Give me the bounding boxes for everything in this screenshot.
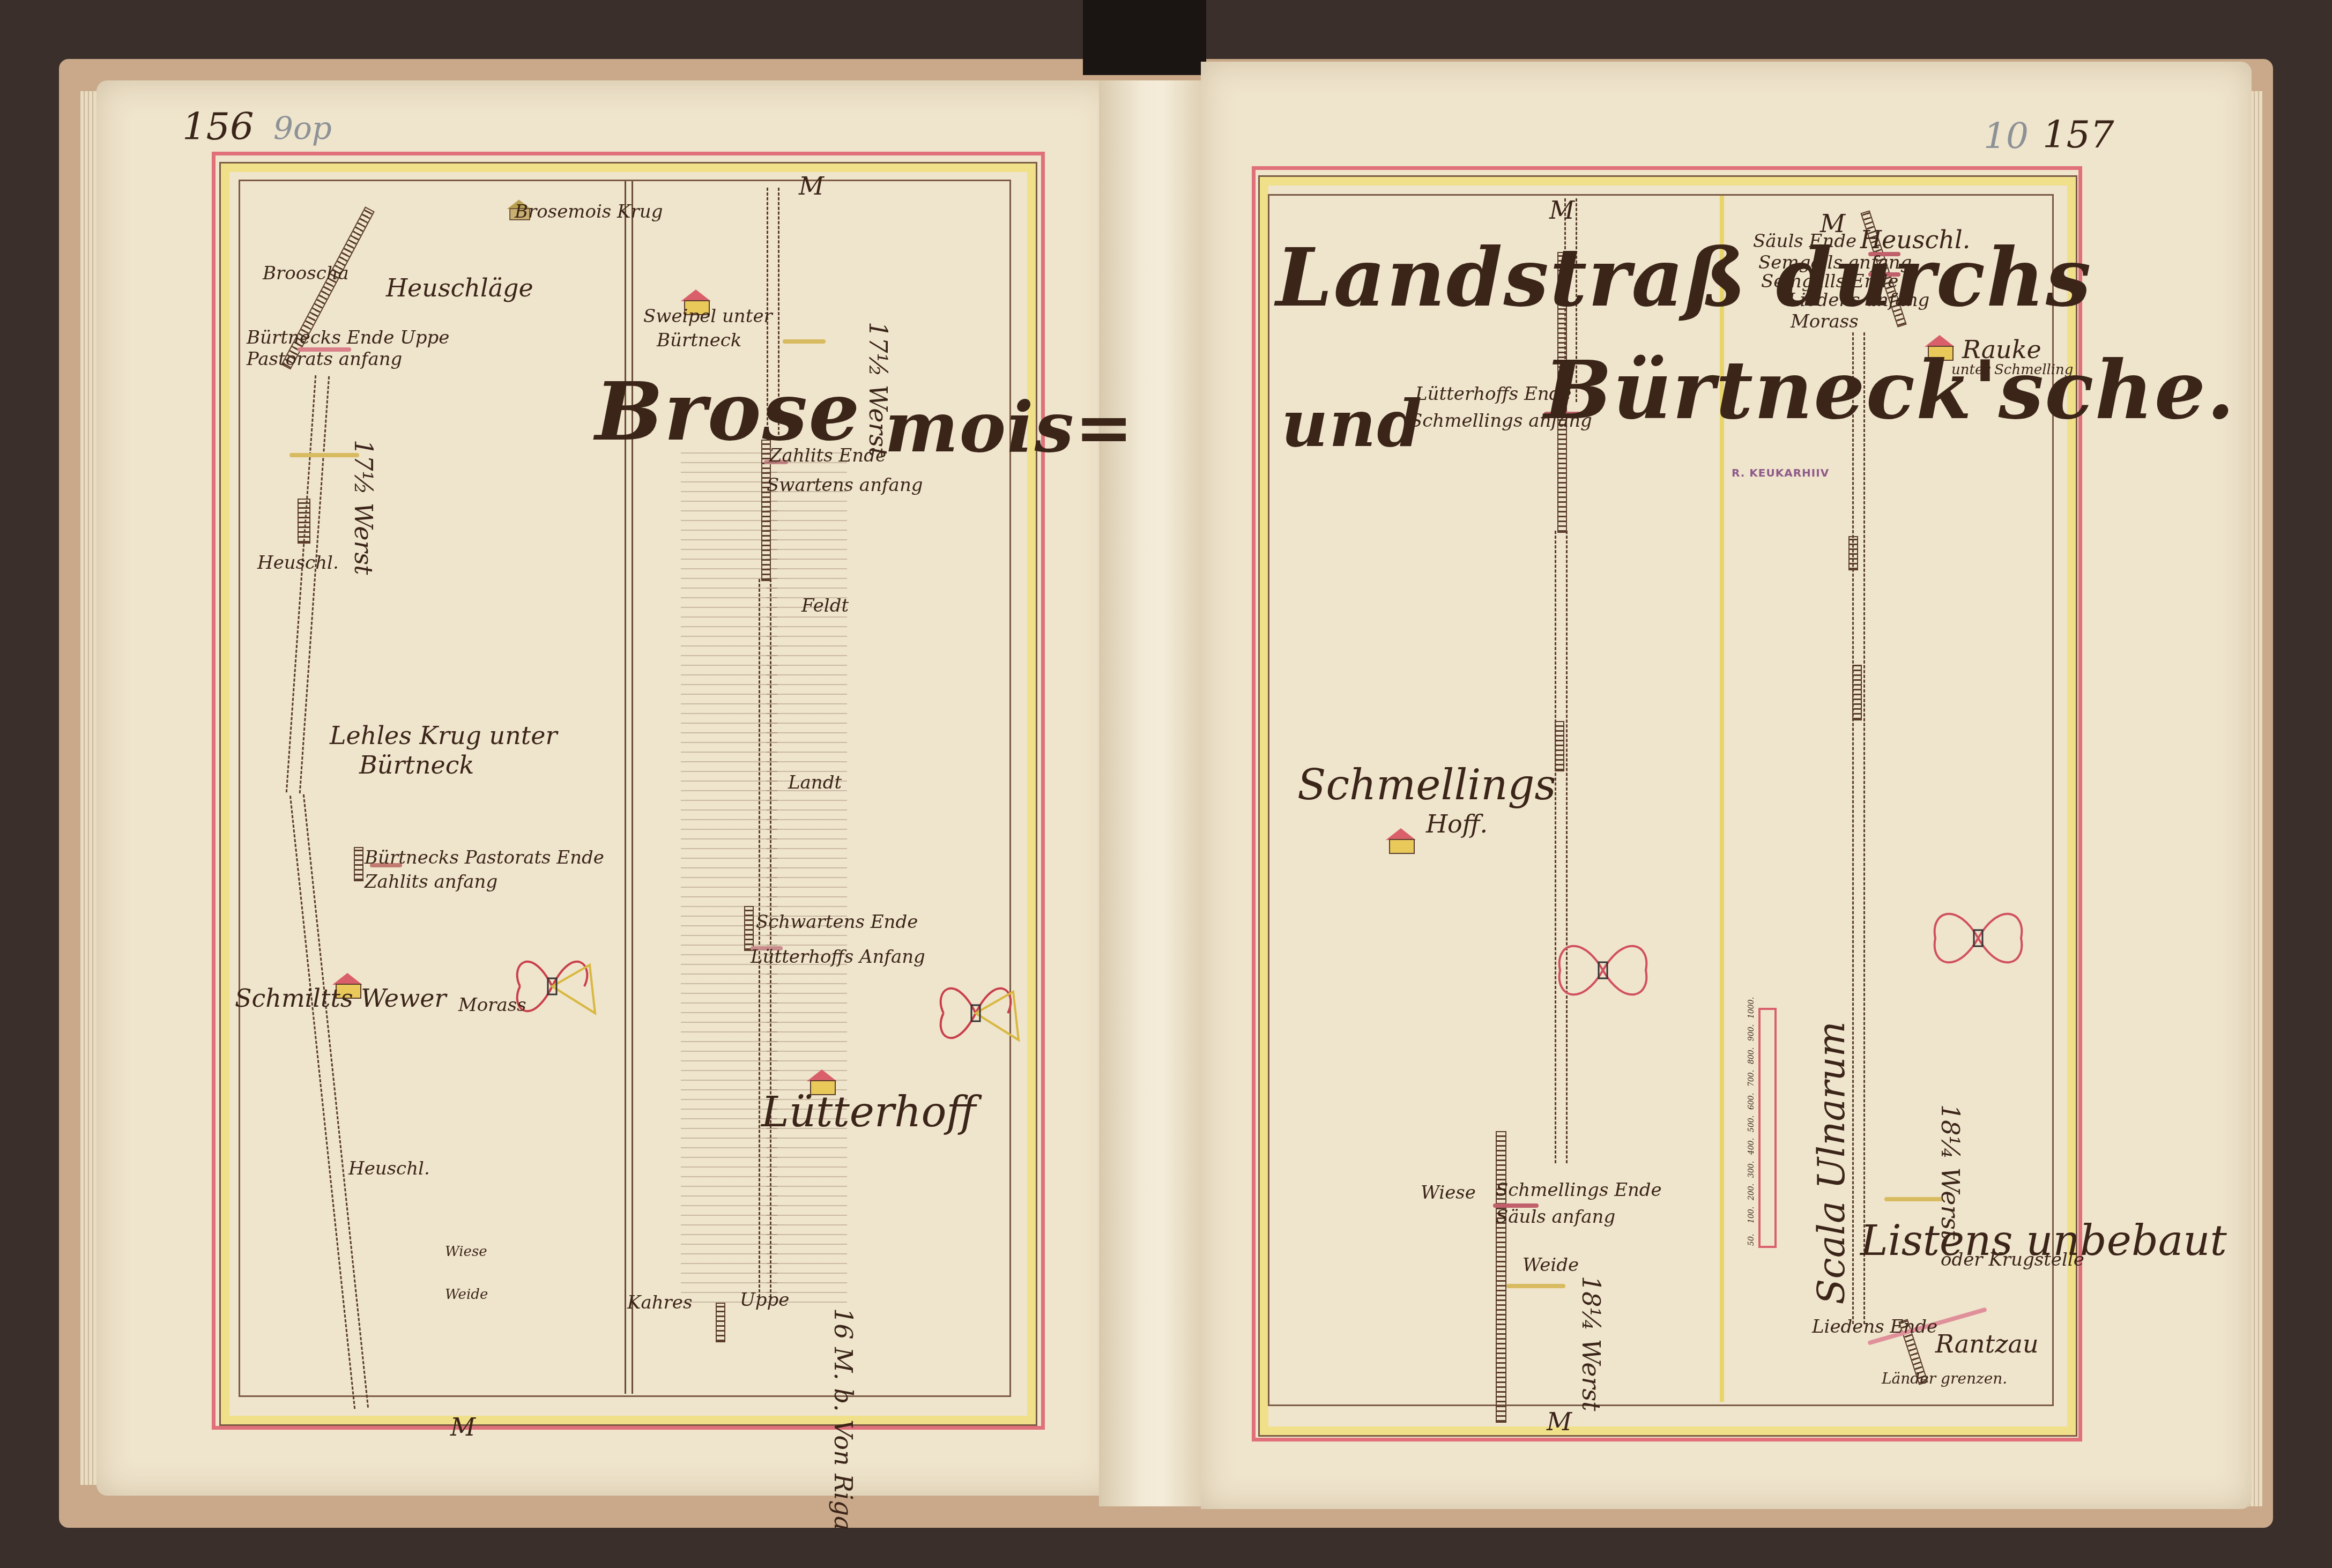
map-label: Semgalls anfang (1758, 252, 1912, 273)
map-title-part-2: mois= (885, 386, 1134, 468)
map-label: Kahres (627, 1292, 692, 1313)
distance-label: 16 M. b. Von Riga (829, 1308, 858, 1530)
map-label: Heuschl. (348, 1158, 430, 1179)
compass-rose-icon (499, 933, 606, 1040)
map-label: Bürtneck (657, 330, 741, 351)
distance-label: 17½ Werst (349, 440, 378, 575)
place-name: Schmellings (1297, 761, 1556, 809)
map-label: Heuschl. (1860, 225, 1970, 254)
map-title-part-1: Brose (595, 365, 861, 459)
map-label: Schmellings anfang (1410, 410, 1592, 432)
map-label: Brooscha (263, 263, 349, 284)
boundary-marker (1506, 1284, 1565, 1288)
map-label: Schwartens Ende (756, 911, 918, 933)
scale-tick: 900. (1747, 1028, 1756, 1041)
map-label: Zahlits anfang (365, 871, 497, 893)
compass-rose-icon (922, 960, 1029, 1067)
scale-bar (1758, 1008, 1777, 1248)
page-number-right: 157 (2043, 113, 2114, 157)
road-dashed (1852, 332, 1865, 1324)
compass-rose-icon (1919, 890, 2037, 986)
column-divider-left-2 (632, 181, 633, 1394)
map-label: Wiese (445, 1244, 487, 1260)
map-label: Landt (788, 772, 842, 793)
book-gutter (1099, 80, 1206, 1506)
map-label: Heuschläge (386, 273, 533, 302)
map-label: Lütterhoffs Anfang (751, 946, 925, 968)
road-bridge (1555, 721, 1564, 771)
map-label: Liedens Ende (1812, 1316, 1937, 1337)
map-edge-mark: M (799, 172, 824, 200)
scale-tick: 600. (1747, 1097, 1756, 1110)
place-name: Lütterhoff (761, 1088, 976, 1136)
spine-shadow (1083, 0, 1206, 75)
scale-tick: 700. (1747, 1074, 1756, 1087)
map-label: Bürtneck (359, 750, 474, 779)
map-label: Säuls Ende (1753, 231, 1856, 252)
pencil-note-left: 9op (273, 110, 332, 146)
map-label: Lütterhoffs Ende (1415, 383, 1572, 405)
map-label: Pastorats anfang (247, 348, 402, 370)
map-label: Uppe (740, 1289, 789, 1311)
meadow-hatching (767, 445, 847, 1303)
map-label: Länder grenzen. (1882, 1370, 2007, 1387)
map-label: Weide (1523, 1254, 1579, 1276)
road-bridge (298, 499, 310, 544)
scale-tick: 200. (1747, 1187, 1756, 1200)
map-label: oder Krugstelle (1941, 1249, 2084, 1270)
scale-tick: 1000. (1747, 1006, 1756, 1019)
road-hatch-mark (1848, 536, 1858, 570)
map-edge-mark: M (1547, 1407, 1572, 1436)
boundary-marker (783, 339, 826, 344)
map-label: Wiese (1421, 1182, 1476, 1203)
road-dashed (1555, 531, 1568, 1163)
place-name: Rantzau (1935, 1329, 2039, 1358)
map-label: Schmellings Ende (1496, 1179, 1662, 1201)
map-edge-mark: M (450, 1413, 476, 1441)
map-label: Liedens anfang (1788, 289, 1929, 311)
road-bridge (716, 1303, 725, 1342)
map-label: Heuschl. (257, 552, 339, 574)
boundary-marker (1884, 1197, 1943, 1201)
column-divider-left (625, 181, 626, 1394)
scale-tick: 800. (1747, 1051, 1756, 1064)
map-label: Weide (445, 1287, 488, 1303)
road-hatch-mark (354, 847, 363, 881)
archive-stamp: R. KEUKARHIIV (1732, 466, 1829, 479)
meadow-hatching (681, 445, 777, 1303)
map-label: Morass (1791, 311, 1859, 332)
map-label: Morass (458, 994, 526, 1016)
place-name: Hoff. (1426, 809, 1488, 838)
scale-ticks: 50. 100. 200. 300. 400. 500. 600. 700. 8… (1745, 1008, 1758, 1244)
map-label: Semgalls Ende (1761, 271, 1898, 292)
map-edge-mark: M (1549, 196, 1575, 225)
road-segment-hatched (1496, 1131, 1506, 1423)
scale-tick: 100. (1747, 1210, 1756, 1223)
map-title-and: und (1281, 386, 1423, 462)
map-label: Lehles Krug unter (330, 721, 558, 750)
map-label: Säuls anfang (1496, 1206, 1615, 1228)
scale-tick: 500. (1747, 1119, 1756, 1132)
place-name: Rauke (1962, 335, 2041, 364)
scale-title: Scala Ulnarum (1809, 1021, 1853, 1304)
map-label: Sweipel unter (643, 306, 773, 327)
map-label: Feldt (801, 595, 849, 616)
building-icon-manor (1386, 828, 1416, 852)
scale-tick: 300. (1747, 1165, 1756, 1178)
map-label: unter Schmelling (1951, 362, 2074, 378)
scale-tick: 50. (1747, 1233, 1756, 1246)
distance-label: 18¼ Werst (1577, 1276, 1606, 1411)
map-title-line-2: Bürtneck'sche. (1544, 343, 2236, 437)
road-hatch-mark (1852, 665, 1862, 720)
map-label: Schmiltts Wewer (235, 984, 446, 1013)
map-label: Bürtnecks Ende Uppe (247, 327, 449, 348)
scale-tick: 400. (1747, 1142, 1756, 1155)
map-label: Bürtnecks Pastorats Ende (365, 847, 604, 868)
map-label: Brosemois Krug (515, 201, 663, 222)
map-label: Swartens anfang (767, 474, 923, 496)
page-number-left: 156 (182, 105, 254, 148)
pencil-page-number-right: 10 (1984, 115, 2029, 157)
compass-rose-icon (1544, 922, 1662, 1019)
